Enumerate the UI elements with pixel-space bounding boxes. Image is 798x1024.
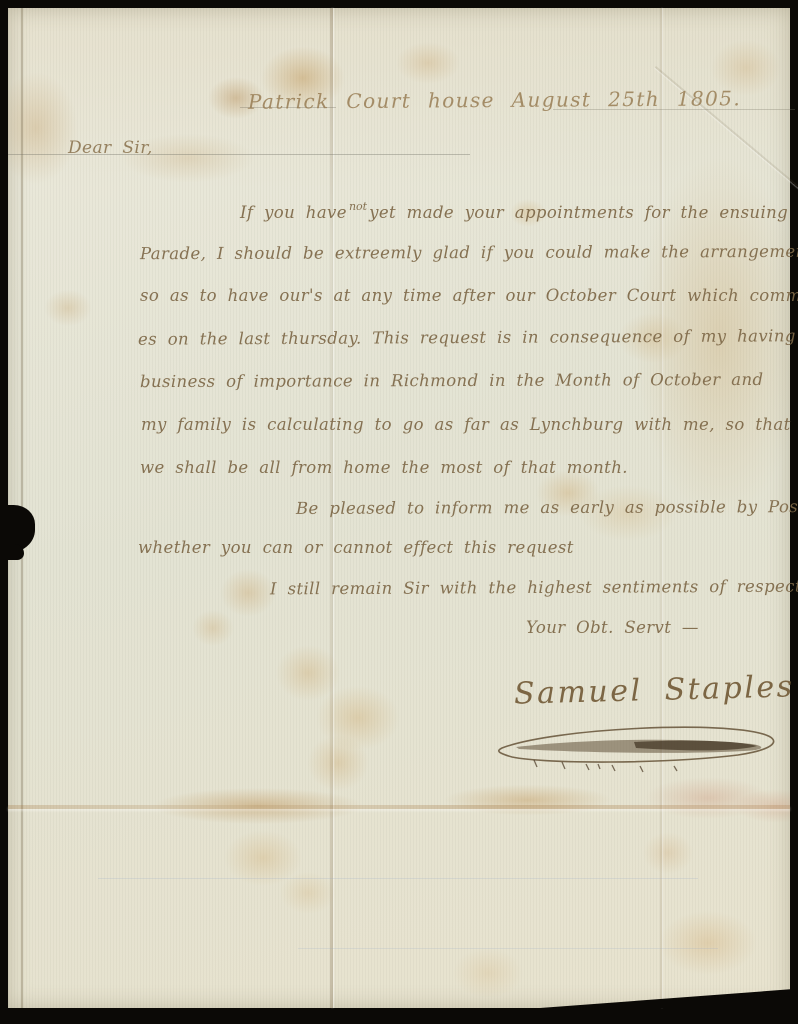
faint-line — [298, 948, 718, 949]
letter-line: we shall be all from home the most of th… — [140, 458, 628, 477]
letter-line: Parade, I should be extreemly glad if yo… — [140, 242, 798, 263]
letter-line: es on the last thursday. This request is… — [138, 326, 796, 348]
letter-line: my family is calculating to go as far as… — [141, 415, 791, 434]
letter-line: so as to have our's at any time after ou… — [140, 286, 798, 305]
letter-closing: Your Obt. Servt — — [526, 618, 699, 637]
letter-line: I still remain Sir with the highest sent… — [270, 577, 798, 599]
letter-line: whether you can or cannot effect this re… — [138, 538, 574, 557]
paper-corner-shadow — [540, 986, 790, 1008]
scan-background: { "colors": { "background": "#0b0906", "… — [0, 0, 798, 1024]
letter-line: If you havenotyet made your appointments… — [240, 200, 798, 222]
letter-line: business of importance in Richmond in th… — [140, 370, 764, 391]
faint-line — [98, 878, 698, 879]
letter-line: Be pleased to inform me as early as poss… — [296, 497, 798, 518]
inserted-word: not — [349, 200, 367, 213]
horizontal-fold-crease — [8, 805, 790, 809]
letter-line-text: If you have — [240, 203, 347, 222]
signature-flourish-icon — [494, 714, 784, 774]
letter-salutation: Dear Sir, — [68, 138, 153, 158]
signature: Samuel Staples — [514, 669, 795, 711]
letter-dateline: Patrick Court house August 25th 1805. — [248, 86, 741, 113]
letter-paper: Patrick Court house August 25th 1805. De… — [8, 8, 790, 1008]
paper-tear — [8, 544, 24, 560]
letter-line-text: yet made your appointments for the ensui… — [369, 203, 798, 222]
